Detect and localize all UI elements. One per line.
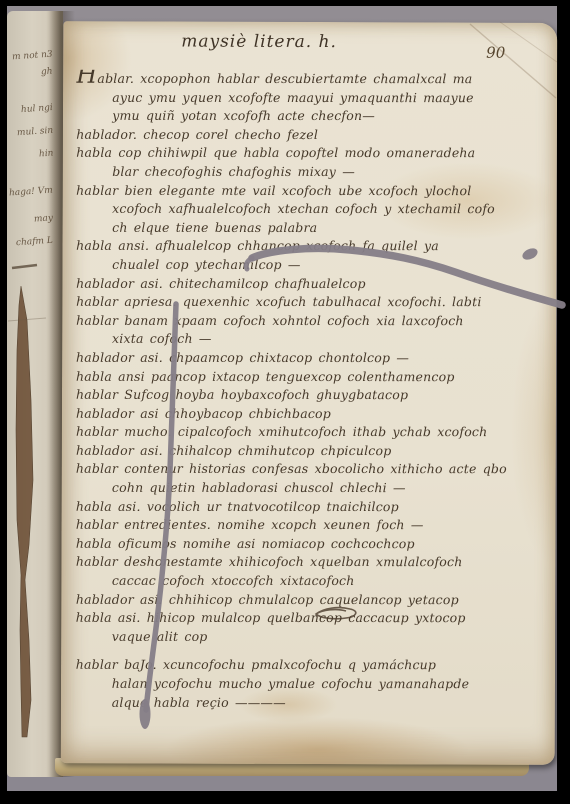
manuscript-line: hablar contenur historias confesas xboco… (76, 460, 548, 479)
manuscript-line: hablar Sufcog hoyba hoybaxcofoch ghuygba… (76, 386, 548, 405)
manuscript-line: hablar apriesa. quexenhic xcofuch tabulh… (76, 293, 548, 312)
manuscript-line: hablador asi. chihalcop chmihutcop chpic… (76, 442, 548, 461)
manuscript-line: cohn quietin habladorasi chuscol chlechi… (76, 479, 548, 498)
text-block: Hablar. xcopophon hablar descubiertamte … (76, 70, 549, 713)
manuscript-line: ch elque tiene buenas palabra (76, 219, 548, 238)
manuscript-line: hablador asi. chitechamilcop chafhualelc… (76, 274, 548, 293)
margin-text-fragment: chafm L (16, 236, 54, 249)
margin-text-fragment: mul. sin (16, 126, 53, 139)
manuscript-line: habla asi. vocolich ur tnatvocotilcop tn… (76, 497, 548, 516)
manuscript-line: hablar baJo. xcuncofochu pmalxcofochu q … (76, 656, 548, 675)
manuscript-line: habla cop chihiwpil que habla copoftel m… (76, 144, 548, 163)
manuscript-line: vaque alit cop (76, 628, 548, 647)
page-header-title: maysiè litera. h. (181, 32, 337, 53)
manuscript-line: hablador. checop corel checho fezel (76, 126, 548, 145)
page-number: 90 (486, 44, 505, 62)
manuscript-line: habla ansi. afhualelcop chhancop xcofoch… (76, 237, 548, 256)
manuscript-line: Hablar. xcopophon hablar descubiertamte … (76, 70, 548, 89)
manuscript-line: hablar bien elegante mte vail xcofoch ub… (76, 181, 548, 200)
manuscript-line: chualel cop ytechamilcop — (76, 256, 548, 275)
manuscript-line: hablar deshonestamte xhihicofoch xquelba… (76, 553, 548, 572)
manuscript-line: habla oficumos nomihe asi nomiacop cochc… (76, 535, 548, 554)
manuscript-line: alque habla reçio ———— (76, 693, 548, 712)
manuscript-line: halan ycofochu mucho ymalue cofochu yama… (76, 675, 548, 694)
margin-text-fragment: m not n3 (12, 50, 53, 63)
manuscript-line: hablar entredientes. nomihe xcopch xeune… (76, 516, 548, 535)
manuscript-line: ymu quiñ yotan xcofofh acte checfon— (76, 107, 548, 126)
manuscript-line: hablador asi chhoybacop chbichbacop (76, 404, 548, 423)
manuscript-line: caccac cofoch xtoccofch xixtacofoch (76, 572, 548, 591)
manuscript-line: blar checofoghis chafoghis mixay — (76, 163, 548, 182)
manuscript-line: hablador asi. chhihicop chmulalcop caque… (76, 590, 548, 609)
manuscript-line: hablador asi. chpaamcop chixtacop chonto… (76, 349, 548, 368)
photo-backdrop: m not n3ghhul ngimul. sinhinhaga! Vmmayc… (7, 6, 557, 791)
manuscript-line: hablar banam xpaam cofoch xohntol cofoch… (76, 312, 548, 331)
manuscript-line: xcofoch xafhualelcofoch xtechan cofoch y… (76, 200, 548, 219)
manuscript-line: habla ansi paancop ixtacop tenguexcop co… (76, 367, 548, 386)
manuscript-line: ayuc ymu yquen xcofofte maayui ymaquanth… (76, 88, 548, 107)
manuscript-line: habla asi. hihicop mulalcop quelbancop c… (76, 609, 548, 628)
margin-text-fragment: haga! Vm (9, 185, 53, 198)
manuscript-page: maysiè litera. h. 90 Hablar. xcopophon h… (61, 21, 558, 765)
manuscript-line: hablar mucho. cipalcofoch xmihutcofoch i… (76, 423, 548, 442)
manuscript-line: xixta cofoch — (76, 330, 548, 349)
